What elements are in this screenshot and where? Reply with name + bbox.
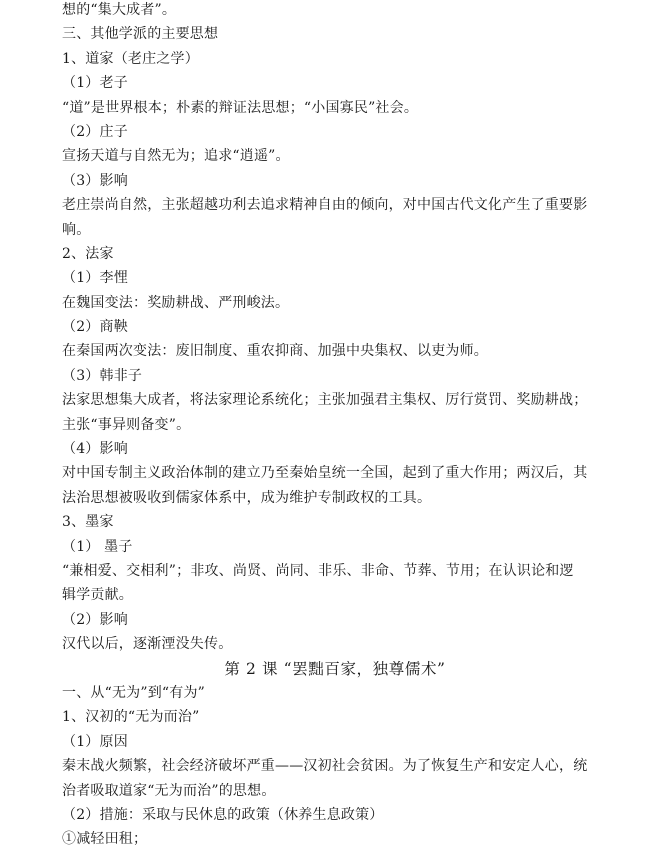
list-item-heading: （2）影响 bbox=[62, 608, 598, 632]
body-text: 老庄崇尚自然，主张超越功利去追求精神自由的倾向，对中国古代文化产生了重要影 bbox=[62, 193, 598, 217]
body-text: 宣扬天道与自然无为；追求“逍遥”。 bbox=[62, 144, 598, 168]
list-item-heading: （2）措施：采取与民休息的政策（休养生息政策） bbox=[62, 803, 598, 827]
list-item-heading: （3）影响 bbox=[62, 169, 598, 193]
body-text: 法家思想集大成者，将法家理论系统化；主张加强君主集权、厉行赏罚、奖励耕战； bbox=[62, 388, 598, 412]
list-item-heading: （1）原因 bbox=[62, 730, 598, 754]
document-page: 想的“集大成者”。 三、其他学派的主要思想 1、道家（老庄之学） （1）老子 “… bbox=[62, 0, 598, 845]
section-heading: 一、从“无为”到“有为” bbox=[62, 681, 598, 705]
list-item-heading: （1）李悝 bbox=[62, 266, 598, 290]
list-item-heading: （2）庄子 bbox=[62, 120, 598, 144]
subsection-heading: 1、道家（老庄之学） bbox=[62, 47, 598, 71]
subsection-heading: 1、汉初的“无为而治” bbox=[62, 705, 598, 729]
subsection-heading: 3、墨家 bbox=[62, 510, 598, 534]
list-item-heading: （1）老子 bbox=[62, 71, 598, 95]
body-text: 秦末战火频繁，社会经济破坏严重——汉初社会贫困。为了恢复生产和安定人心，统 bbox=[62, 754, 598, 778]
body-text: 法治思想被吸收到儒家体系中，成为维护专制政权的工具。 bbox=[62, 486, 598, 510]
body-text: 辑学贡献。 bbox=[62, 583, 598, 607]
list-item-heading: （4）影响 bbox=[62, 437, 598, 461]
section-heading: 三、其他学派的主要思想 bbox=[62, 22, 598, 46]
body-text: “兼相爱、交相利”；非攻、尚贤、尚同、非乐、非命、节葬、节用；在认识论和逻 bbox=[62, 559, 598, 583]
body-text: 响。 bbox=[62, 218, 598, 242]
body-text: “道”是世界根本；朴素的辩证法思想；“小国寡民”社会。 bbox=[62, 96, 598, 120]
lesson-title: 第 2 课 “罢黜百家，独尊儒术” bbox=[72, 657, 598, 681]
body-text: ①减轻田租； bbox=[62, 827, 598, 845]
body-text: 想的“集大成者”。 bbox=[62, 0, 598, 22]
body-text: 主张“事异则备变”。 bbox=[62, 413, 598, 437]
body-text: 对中国专制主义政治体制的建立乃至秦始皇统一全国，起到了重大作用；两汉后，其 bbox=[62, 461, 598, 485]
list-item-heading: （1） 墨子 bbox=[62, 535, 598, 559]
subsection-heading: 2、法家 bbox=[62, 242, 598, 266]
body-text: 在秦国两次变法：废旧制度、重农抑商、加强中央集权、以吏为师。 bbox=[62, 339, 598, 363]
list-item-heading: （3）韩非子 bbox=[62, 364, 598, 388]
list-item-heading: （2）商鞅 bbox=[62, 315, 598, 339]
body-text: 治者吸取道家“无为而治”的思想。 bbox=[62, 779, 598, 803]
body-text: 在魏国变法：奖励耕战、严刑峻法。 bbox=[62, 291, 598, 315]
body-text: 汉代以后，逐渐湮没失传。 bbox=[62, 632, 598, 656]
